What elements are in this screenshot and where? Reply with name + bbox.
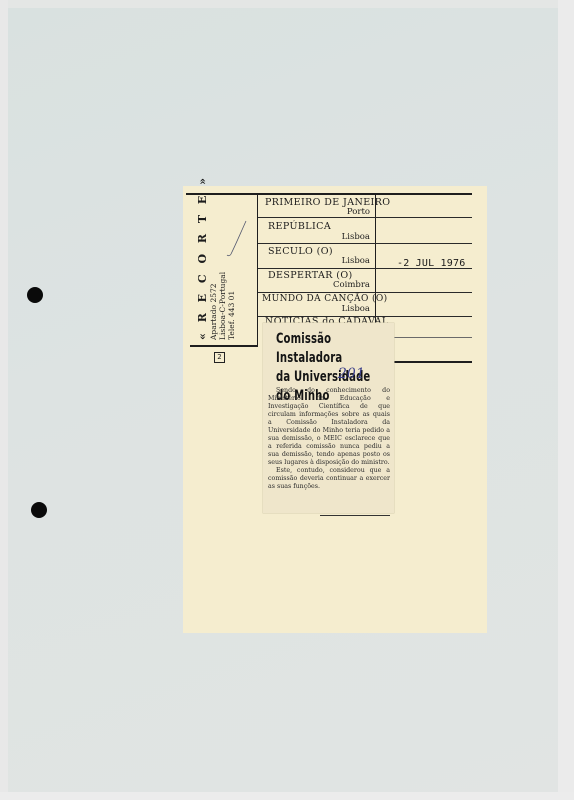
- box-number: 2: [214, 352, 225, 363]
- row-rule: [258, 217, 472, 218]
- page-right-edge: [558, 0, 574, 800]
- page-left-edge: [0, 0, 8, 800]
- headline-line: Comissão Instaladora: [276, 330, 395, 368]
- row-rule: [258, 243, 472, 244]
- agency-brand: « R E C O R T E »: [196, 175, 209, 340]
- column-divider-right: [375, 193, 376, 325]
- newspaper-city: Lisboa: [300, 256, 370, 266]
- handwritten-number: 201: [338, 366, 365, 382]
- clipping-body: Sendo do conhecimento do Ministério da E…: [268, 387, 390, 491]
- page-bottom-edge: [0, 792, 574, 800]
- newspaper-city: Coimbra: [300, 280, 370, 290]
- agency-address: Apartado 2572: [209, 175, 218, 340]
- clipping-end-rule: [320, 515, 390, 516]
- clipping-paragraph: Sendo do conhecimento do Ministério da E…: [268, 387, 390, 467]
- row-rule: [392, 337, 472, 338]
- card-bottom-rule-left: [190, 345, 258, 347]
- row-rule: [258, 292, 472, 293]
- newspaper-name: REPÚBLICA: [268, 221, 331, 232]
- pencil-check-mark-icon: [226, 220, 248, 258]
- card-bottom-rule-right: [392, 361, 472, 363]
- newspaper-name: MUNDO DA CANÇÃO (O): [262, 294, 388, 304]
- punch-hole-bottom: [31, 502, 47, 518]
- newspaper-city: Porto: [300, 207, 370, 217]
- newspaper-city: Lisboa: [300, 232, 370, 242]
- column-divider-left: [257, 193, 258, 346]
- headline-line: da Universidade: [276, 368, 395, 387]
- punch-hole-top: [27, 287, 43, 303]
- clipping-paragraph: Este, contudo, considerou que a comissão…: [268, 467, 390, 491]
- date-stamp: -2 JUL 1976: [397, 258, 465, 269]
- newspaper-city: Lisboa: [300, 304, 370, 314]
